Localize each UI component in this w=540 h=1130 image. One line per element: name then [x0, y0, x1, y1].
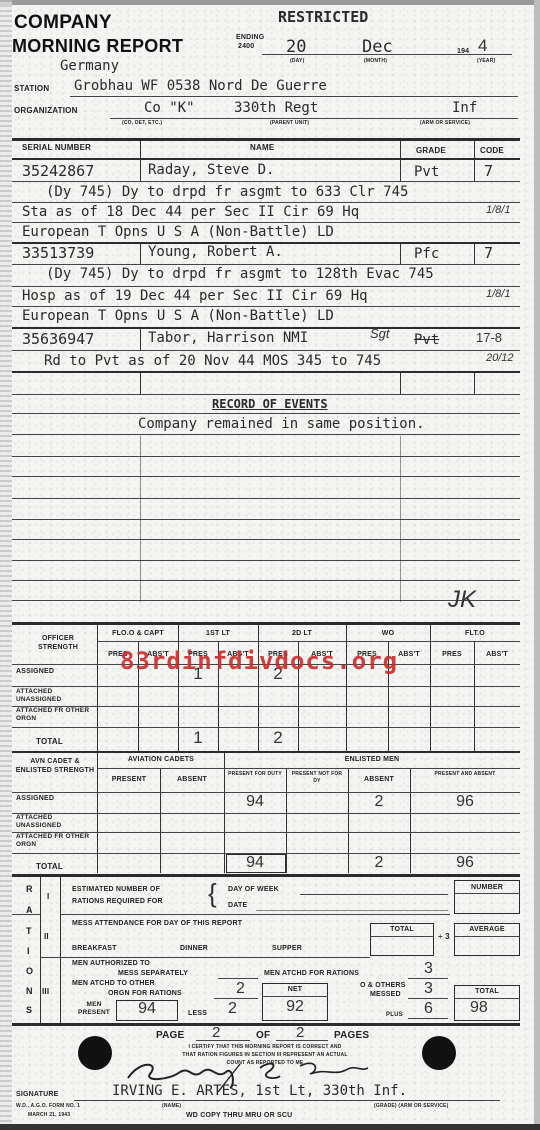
- company-caption: (CO, DET, ETC.): [122, 120, 162, 126]
- parent-unit-caption: (PARENT UNIT): [270, 120, 309, 126]
- divider: [474, 242, 475, 264]
- plus-line: [408, 1018, 448, 1019]
- month-caption: (MONTH): [364, 58, 387, 64]
- col-header-code: CODE: [480, 146, 504, 155]
- form-id-line-1: W.D., A.G.O. FORM NO. 1: [16, 1103, 80, 1109]
- date-label: DATE: [228, 902, 247, 909]
- mess-separately-line: [218, 978, 258, 979]
- enlisted-men-label: ENLISTED MEN: [224, 756, 520, 763]
- of-label: OF: [256, 1030, 270, 1041]
- col-header-name: NAME: [250, 143, 274, 152]
- subcol-abst: ABS'T: [474, 651, 520, 658]
- officer-2d-lt-total-pres: 2: [258, 728, 298, 748]
- atchd-other-value: 2: [236, 980, 245, 998]
- signer-name: IRVING E. ARTES, 1st Lt, 330th Inf.: [112, 1083, 407, 1099]
- others-messed-label-2: MESSED: [370, 991, 401, 998]
- entry-2-grade: Pfc: [414, 246, 439, 262]
- page-total-line: [276, 1040, 328, 1041]
- row-rule: [12, 413, 520, 414]
- name-caption: (NAME): [162, 1103, 181, 1109]
- others-messed-value: 3: [424, 980, 433, 998]
- enlisted-total-present-and-absent: 96: [410, 854, 520, 872]
- watermark: 83rdinfdivdocs.org: [120, 647, 398, 675]
- enlisted-row-total-label: TOTAL: [36, 862, 63, 871]
- section-i-label-1: ESTIMATED NUMBER OF: [72, 886, 160, 893]
- row-rule: [12, 600, 520, 601]
- divider: [400, 436, 401, 602]
- net-value: 92: [262, 998, 328, 1016]
- col-present-and-absent: PRESENT AND ABSENT: [412, 771, 518, 778]
- col-header-grade: GRADE: [416, 146, 446, 155]
- year-prefix: 194: [457, 48, 469, 55]
- scan-edge-left: [0, 0, 12, 1130]
- page-label: PAGE: [156, 1030, 184, 1041]
- row-rule: [12, 498, 520, 499]
- signature-line: [74, 1100, 500, 1101]
- section-iii-numeral: III: [42, 987, 49, 996]
- net-rule: [262, 996, 328, 997]
- distribution-note: WD COPY THRU MRU OR SCU: [186, 1112, 292, 1119]
- divider: [97, 625, 98, 751]
- rations-letter-t: T: [26, 926, 32, 936]
- station-underline: [70, 96, 518, 97]
- divider: [286, 768, 287, 873]
- punch-hole-right: [422, 1036, 456, 1070]
- entry-2-margin-note: 1/8/1: [486, 288, 510, 300]
- record-of-events-text: Company remained in same position.: [138, 416, 425, 432]
- section-rule: [12, 1023, 520, 1026]
- enlisted-assigned-present-for-duty: 94: [224, 793, 286, 811]
- parent-unit-value: 330th Regt: [234, 100, 318, 116]
- entry-1-grade: Pvt: [414, 164, 439, 180]
- entry-1-code: 7: [484, 162, 493, 180]
- dinner-label: DINNER: [180, 945, 208, 952]
- less-value: 2: [228, 1000, 237, 1018]
- divider: [346, 625, 347, 751]
- entry-2-serial: 33513739: [22, 244, 94, 262]
- others-messed-line: [408, 998, 448, 999]
- atchd-other-line: [214, 998, 258, 999]
- enlisted-row-assigned-label: ASSIGNED: [16, 795, 54, 802]
- row-rule: [12, 181, 520, 182]
- officer-1st-lt-total-pres: 1: [178, 728, 218, 748]
- total-label: TOTAL: [372, 926, 432, 933]
- divider: [400, 372, 401, 394]
- punch-hole-left: [78, 1036, 112, 1070]
- row-rule: [40, 957, 370, 958]
- total-rule: [370, 936, 434, 937]
- number-label: NUMBER: [456, 884, 518, 891]
- supper-label: SUPPER: [272, 945, 302, 952]
- row-rule: [12, 327, 520, 329]
- brace: {: [208, 880, 217, 906]
- col-header-serial: SERIAL NUMBER: [22, 143, 91, 152]
- page-number: 2: [212, 1024, 220, 1041]
- rations-letter-n: N: [26, 986, 33, 996]
- form-title-line2: MORNING REPORT: [12, 36, 183, 57]
- divider: [140, 436, 141, 602]
- report-month: Dec: [362, 37, 393, 57]
- average-rule: [454, 936, 520, 937]
- entry-3-grade-correction: Sgt: [370, 326, 390, 341]
- row-rule: [12, 434, 520, 435]
- officer-group-1st-lt: 1ST LT: [178, 630, 258, 637]
- section-i-label-2: RATIONS REQUIRED FOR: [72, 898, 163, 905]
- col-present-for-duty: PRESENT FOR DUTY: [226, 771, 284, 778]
- entry-3-margin-note: 20/12: [486, 352, 514, 364]
- mess-separately-label-2: MESS SEPARATELY: [118, 970, 188, 977]
- officer-row-total-label: TOTAL: [36, 737, 63, 746]
- row-rule: [12, 264, 520, 265]
- row-rule: [12, 560, 520, 561]
- day-caption: (DAY): [290, 58, 304, 64]
- section-rule: [12, 751, 520, 753]
- average-label: AVERAGE: [456, 926, 518, 933]
- report-day: 20: [286, 37, 306, 57]
- atchd-for-rations-line: [408, 978, 448, 979]
- divider: [400, 141, 401, 181]
- number-rule: [454, 893, 520, 894]
- form-title-line1: COMPANY: [14, 12, 112, 34]
- officer-group-2d-lt: 2D LT: [258, 630, 346, 637]
- morning-report-page: COMPANY MORNING REPORT RESTRICTED ENDING…: [0, 0, 540, 1130]
- row-rule: [60, 914, 450, 915]
- divider: [60, 877, 61, 1023]
- aviation-cadets-label: AVIATION CADETS: [98, 756, 224, 763]
- organization-label: ORGANIZATION: [14, 106, 78, 115]
- entry-3-name: Tabor, Harrison NMI: [148, 330, 308, 346]
- row-rule: [12, 306, 520, 307]
- entry-2-remark-2: Hosp as of 19 Dec 44 per Sec II Cir 69 H…: [22, 288, 368, 304]
- row-rule: [12, 580, 520, 581]
- classification-stamp: RESTRICTED: [278, 8, 368, 26]
- others-messed-label-1: O & OTHERS: [360, 982, 406, 989]
- col-present-not-for-duty: PRESENT NOT FOR DY: [288, 771, 346, 785]
- less-label: LESS: [188, 1010, 207, 1017]
- company-value: Co "K": [144, 100, 195, 116]
- divider: [160, 768, 161, 873]
- men-present-value: 94: [116, 1000, 178, 1018]
- mess-attendance-label: MESS ATTENDANCE FOR DAY OF THIS REPORT: [72, 920, 242, 927]
- divider: [140, 372, 141, 394]
- entry-3-remark-1: Rd to Pvt as of 20 Nov 44 MOS 345 to 745: [44, 353, 381, 369]
- scan-edge-top: [0, 0, 540, 5]
- divider: [40, 877, 41, 1023]
- table-top-rule: [12, 138, 520, 141]
- plus-label: PLUS: [386, 1012, 403, 1018]
- col-em-absent: ABSENT: [348, 776, 410, 783]
- entry-3-code: 17-8: [476, 330, 502, 345]
- divider: [140, 141, 141, 181]
- atchd-other-label-1: MEN ATCHD TO OTHER: [72, 980, 155, 987]
- divider: [474, 372, 475, 394]
- arm-value: Inf: [452, 100, 477, 116]
- section-rule: [12, 874, 520, 877]
- row-rule: [12, 222, 520, 223]
- entry-1-margin-note: 1/8/1: [486, 204, 510, 216]
- officer-row-attached-unassigned-label: ATTACHED UNASSIGNED: [16, 688, 96, 704]
- atchd-for-rations-label: MEN ATCHD FOR RATIONS: [264, 970, 359, 977]
- page-total: 2: [296, 1024, 304, 1041]
- entry-3-serial: 35636947: [22, 330, 94, 348]
- row-rule: [97, 641, 520, 642]
- row-rule: [12, 539, 520, 540]
- subcol-pres: PRES: [430, 651, 474, 658]
- col-present: PRESENT: [98, 776, 160, 783]
- page-number-line: [196, 1040, 250, 1041]
- officer-row-assigned-label: ASSIGNED: [16, 668, 54, 675]
- entry-2-remark-1: (Dy 745) Dy to drpd fr asgmt to 128th Ev…: [46, 266, 434, 282]
- enlisted-strength-label: AVN CADET & ENLISTED STRENGTH: [14, 757, 96, 775]
- atchd-for-rations-value: 3: [424, 960, 433, 978]
- officer-group-flt-o: FLT.O: [430, 630, 520, 637]
- col-absent: ABSENT: [160, 776, 224, 783]
- day-of-week-line: [300, 894, 448, 895]
- mess-separately-label-1: MEN AUTHORIZED TO: [72, 960, 150, 967]
- enlisted-row-attached-fr-other-label: ATTACHED FR OTHER ORGN: [16, 833, 96, 849]
- report-year: 4: [478, 36, 487, 56]
- row-rule: [12, 394, 520, 395]
- signature-label: SIGNATURE: [16, 1091, 59, 1098]
- row-rule: [12, 686, 520, 687]
- plus-value: 6: [424, 1000, 433, 1018]
- entry-1-remark-1: (Dy 745) Dy to drpd fr asgmt to 633 Clr …: [46, 184, 408, 200]
- ending-time: 2400: [238, 43, 254, 50]
- divider: [474, 141, 475, 181]
- arm-caption: (ARM OR SERVICE): [420, 120, 470, 126]
- row-rule: [12, 286, 520, 287]
- divide-by-three: ÷ 3: [436, 932, 452, 941]
- scan-edge-right: [534, 0, 540, 1130]
- men-present-label: MEN PRESENT: [74, 1001, 114, 1017]
- net-label: NET: [264, 986, 326, 993]
- station-value: Grobhau WF 0538 Nord De Guerre: [74, 78, 327, 94]
- entry-2-remark-3: European T Opns U S A (Non-Battle) LD: [22, 308, 334, 324]
- row-rule: [12, 202, 520, 203]
- pages-label: PAGES: [334, 1030, 369, 1041]
- row-rule: [12, 350, 520, 351]
- enlisted-total-present-for-duty: 94: [224, 854, 286, 872]
- day-of-week-label: DAY OF WEEK: [228, 886, 279, 893]
- header-rule: [12, 158, 520, 160]
- section-i-numeral: I: [47, 892, 49, 901]
- rations-total-value: 98: [470, 999, 488, 1017]
- row-rule: [12, 519, 520, 520]
- row-rule: [12, 914, 40, 915]
- breakfast-label: BREAKFAST: [72, 945, 117, 952]
- enlisted-assigned-absent: 2: [348, 793, 410, 811]
- record-of-events-heading: RECORD OF EVENTS: [212, 397, 328, 411]
- entry-2-code: 7: [484, 244, 493, 262]
- divider: [140, 328, 141, 350]
- entry-3-grade: Pvt: [414, 332, 439, 348]
- section-ii-numeral: II: [44, 932, 49, 941]
- scan-edge-bottom: [0, 1124, 540, 1130]
- grade-caption: (GRADE) (ARM OR SERVICE): [374, 1103, 448, 1109]
- officer-group-flo-capt: FLO.O & CAPT: [98, 630, 178, 637]
- enlisted-assigned-present-and-absent: 96: [410, 793, 520, 811]
- row-rule: [12, 456, 520, 457]
- entry-1-serial: 35242867: [22, 162, 94, 180]
- initials: JK: [448, 586, 476, 614]
- station-label: STATION: [14, 84, 49, 93]
- rations-letter-i: I: [27, 946, 30, 956]
- enlisted-total-absent: 2: [348, 854, 410, 872]
- entry-1-name: Raday, Steve D.: [148, 162, 274, 178]
- divider: [140, 242, 141, 264]
- entry-1-remark-3: European T Opns U S A (Non-Battle) LD: [22, 224, 334, 240]
- rations-letter-r: R: [26, 884, 33, 894]
- officer-strength-label: OFFICER STRENGTH: [22, 634, 94, 652]
- rations-total-label: TOTAL: [456, 988, 518, 995]
- divider: [400, 242, 401, 264]
- entry-2-name: Young, Robert A.: [148, 244, 283, 260]
- officer-row-attached-fr-other-label: ATTACHED FR OTHER ORGN: [16, 707, 96, 723]
- section-rule: [12, 622, 520, 625]
- rations-letter-o: O: [26, 966, 33, 976]
- entry-1-remark-2: Sta as of 18 Dec 44 per Sec II Cir 69 Hq: [22, 204, 359, 220]
- atchd-other-label-2: ORGN FOR RATIONS: [108, 990, 182, 997]
- row-rule: [12, 371, 520, 373]
- form-id-line-2: MARCH 21, 1943: [28, 1112, 70, 1118]
- divider: [430, 625, 431, 751]
- country: Germany: [60, 58, 119, 74]
- rations-letter-s: S: [26, 1005, 32, 1015]
- row-rule: [12, 476, 520, 477]
- enlisted-row-attached-unassigned-label: ATTACHED UNASSIGNED: [16, 814, 96, 830]
- year-caption: (YEAR): [477, 58, 495, 64]
- officer-group-wo: WO: [346, 630, 430, 637]
- organization-underline: [110, 118, 518, 119]
- row-rule: [97, 768, 520, 769]
- date-line: [256, 910, 448, 911]
- ending-label: ENDING: [236, 34, 264, 41]
